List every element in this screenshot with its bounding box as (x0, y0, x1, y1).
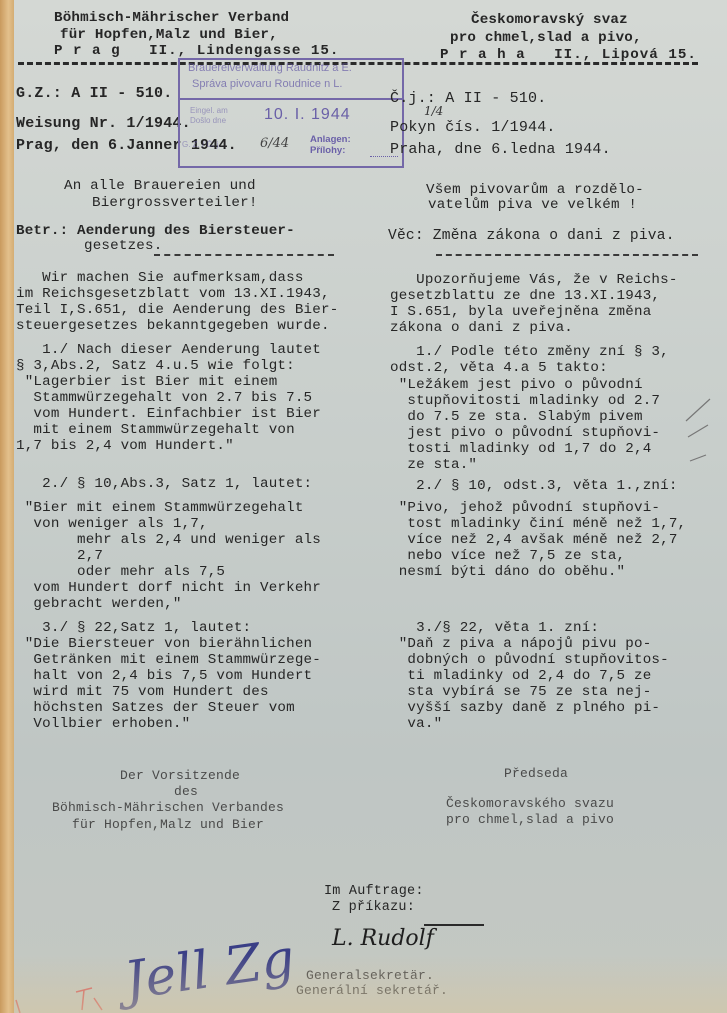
stamp-received-label-de: Eingel. am (190, 106, 228, 115)
stamp-received-label-cz: Došlo dne (190, 116, 226, 125)
stamp-ref-label: G. Z. / Č. j. (182, 140, 221, 149)
german-letterhead-line1: Böhmisch-Mährischer Verband (54, 10, 289, 26)
margin-initials: Jell Zg (121, 928, 299, 1011)
red-pencil-mark (14, 980, 134, 1013)
czech-handwritten-mark: 1/4 (424, 104, 443, 118)
by-order-cz: Z příkazu: (332, 900, 415, 916)
title-de: Generalsekretär. (306, 968, 434, 984)
czech-date: Praha, dne 6.ledna 1944. (390, 142, 611, 158)
german-addressee-line2: Biergrossverteiler! (92, 195, 258, 211)
secretary-signature: L. Rudolf (332, 926, 434, 951)
document-page: Böhmisch-Mährischer Verband für Hopfen,M… (14, 0, 727, 1013)
frame-edge (0, 0, 14, 1013)
stamp-attachments-cz: Přílohy: (310, 145, 351, 156)
german-letterhead-line3: P r a g II., Lindengasse 15. (54, 43, 339, 59)
czech-letterhead-line2: pro chmel,slad a pivo, (450, 30, 642, 46)
stamp-attachments-de: Anlagen: (310, 134, 351, 145)
czech-addressee-line1: Všem pivovarům a rozdělo- (426, 182, 644, 198)
german-subject-line2: gesetzes. (84, 238, 162, 254)
german-addressee-line1: An alle Brauereien und (64, 178, 256, 194)
german-reference-number: G.Z.: A II - 510. (16, 86, 172, 102)
german-subject-line1: Betr.: Aenderung des Biersteuer- (16, 223, 295, 239)
german-letterhead-line2: für Hopfen,Malz und Bier, (60, 27, 278, 43)
margin-check-marks (684, 385, 714, 465)
stamp-divider (180, 98, 402, 100)
german-subject-underline (154, 254, 334, 256)
stamp-attachments-label: Anlagen: Přílohy: (310, 134, 351, 156)
czech-letterhead-line1: Českomoravský svaz (471, 12, 628, 28)
stamp-line1: Brauereiverwaltung Raudnitz a E. (188, 62, 352, 74)
czech-reference-number: Č.j.: A II - 510. (390, 91, 546, 107)
czech-subject: Věc: Změna zákona o dani z piva. (388, 228, 675, 244)
czech-instruction-number: Pokyn čís. 1/1944. (390, 120, 556, 136)
german-instruction-number: Weisung Nr. 1/1944. (16, 116, 191, 132)
stamp-handwritten-note: 6/44 (260, 136, 289, 151)
by-order-de: Im Auftrage: (324, 884, 424, 900)
czech-subject-underline (436, 254, 698, 256)
stamp-line2: Správa pivovaru Roudnice n L. (192, 78, 342, 90)
czech-addressee-line2: vatelům piva ve velkém ! (428, 197, 637, 213)
czech-letterhead-line3: P r a h a II., Lipová 15. (440, 47, 697, 63)
received-stamp: Brauereiverwaltung Raudnitz a E. Správa … (178, 58, 404, 168)
stamp-date: 10. I. 1944 (264, 106, 351, 124)
title-cz: Generální sekretář. (296, 983, 448, 999)
